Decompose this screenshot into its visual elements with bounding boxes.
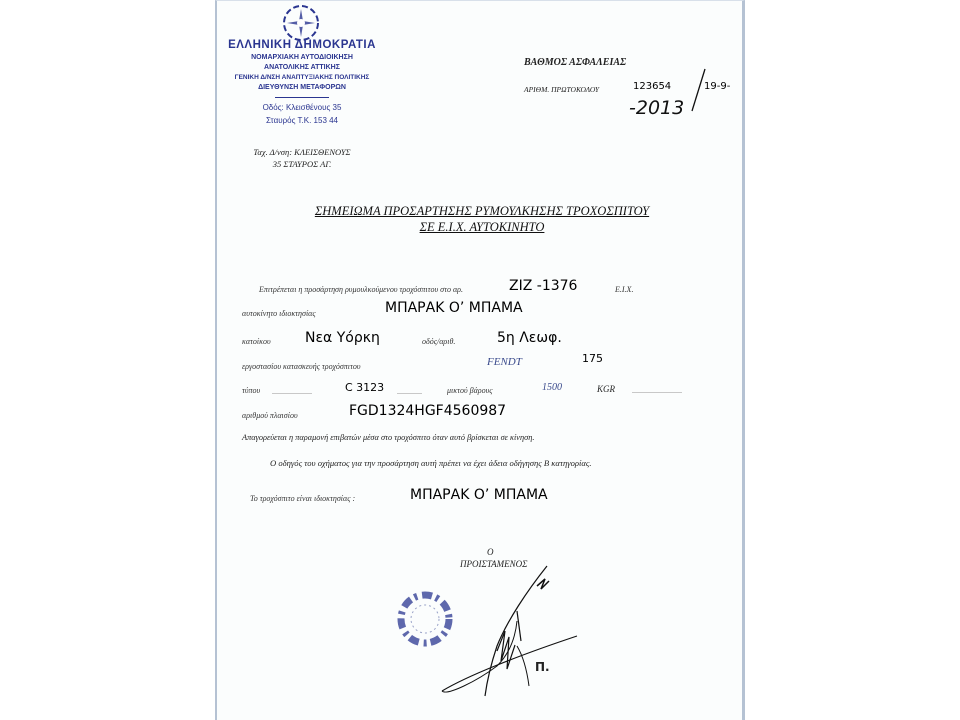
title-line-1: ΣΗΜΕΙΩΜΑ ΠΡΟΣΑΡΤΗΣΗΣ ΡΥΜΟΥΛΚΗΣΗΣ ΤΡΟΧΟΣΠ… [217,203,747,219]
postal-line-2: 35 ΣΤΑΥΡΟΣ ΑΓ. [217,158,387,170]
blank-line [632,392,682,393]
stamp-directorate: ΔΙΕΥΘΥΝΣΗ ΜΕΤΑΦΟΡΩΝ [217,84,387,91]
blank-line [272,393,312,394]
protocol-number: 123654 [633,81,671,92]
coat-of-arms-emblem [279,3,323,43]
document-page: ΕΛΛΗΝΙΚΗ ΔΗΜΟΚΡΑΤΙΑ ΝΟΜΑΡΧΙΑΚΗ ΑΥΤΟΔΙΟΙΚ… [215,0,745,720]
document-title: ΣΗΜΕΙΩΜΑ ΠΡΟΣΑΡΤΗΣΗΣ ΡΥΜΟΥΛΚΗΣΗΣ ΤΡΟΧΟΣΠ… [217,203,747,235]
permit-text: Επιτρέπεται η προσάρτηση ρυμουλκούμενου … [259,285,463,294]
chassis-label: αριθμού πλαισίου [242,411,298,420]
type-value: C 3123 [345,381,384,394]
ownership-label: Το τροχόσπιτο είναι ιδιοκτησίας : [250,494,355,503]
stamp-country: ΕΛΛΗΝΙΚΗ ΔΗΜΟΚΡΑΤΙΑ [217,39,387,51]
blank-line [397,393,422,394]
ownership-value: ΜΠΑΡΑΚ Ο’ ΜΠΑΜΑ [410,487,548,503]
protocol-date-day-month: 19-9- [704,81,730,92]
plate-number: ΖΙΖ -1376 [509,278,577,294]
stamp-address-postcode: Σταυρός Τ.Κ. 153 44 [217,116,387,125]
weight-unit: KGR [597,384,615,394]
plate-suffix: Ε.Ι.Χ. [615,285,633,294]
license-notice: Ο οδηγός του οχήματος για την προσάρτηση… [270,458,592,468]
title-line-2: ΣΕ Ε.Ι.Χ. ΑΥΤΟΚΙΝΗΤΟ [217,219,747,235]
svg-text:Π.: Π. [535,660,550,674]
passengers-notice: Απαγορεύεται η παραμονή επιβατών μέσα στ… [242,433,534,442]
stamp-directorate-general: ΓΕΝΙΚΗ Δ/ΝΣΗ ΑΝΑΠΤΥΞΙΑΚΗΣ ΠΟΛΙΤΙΚΗΣ [217,74,387,81]
handwritten-signature: Π. [437,561,587,701]
weight-value: 1500 [542,382,562,393]
security-level-label: ΒΑΘΜΟΣ ΑΣΦΑΛΕΙΑΣ [524,57,626,68]
postal-line-1: Ταχ. Δ/νση: ΚΛΕΙΣΘΕΝΟΥΣ [217,146,387,158]
stamp-region: ΑΝΑΤΟΛΙΚΗΣ ΑΤΤΙΚΗΣ [217,64,387,71]
residence-label: κατοίκου [242,337,271,346]
stamp-address-street: Οδός: Κλεισθένους 35 [217,103,387,112]
weight-label: μικτού βάρους [447,386,493,395]
residence-value: Νεα Υόρκη [305,330,380,346]
manufacturer-label: εργοστασίου κατασκευής τροχόσπιτου [242,362,361,371]
type-label: τύπου [242,386,260,395]
stamp-prefecture: ΝΟΜΑΡΧΙΑΚΗ ΑΥΤΟΔΙΟΙΚΗΣΗ [217,54,387,61]
authority-stamp: ΕΛΛΗΝΙΚΗ ΔΗΜΟΚΡΑΤΙΑ ΝΟΜΑΡΧΙΑΚΗ ΑΥΤΟΔΙΟΙΚ… [217,39,387,139]
street-label: οδός/αριθ. [422,337,455,346]
postal-address: Ταχ. Δ/νση: ΚΛΕΙΣΘΕΝΟΥΣ 35 ΣΤΑΥΡΟΣ ΑΓ. [217,146,387,170]
protocol-date-year: -2013 [629,97,684,119]
manufacturer-extra: 175 [582,352,603,365]
chassis-value: FGD1324HGF4560987 [349,403,506,419]
protocol-label: ΑΡΙΘΜ. ΠΡΩΤΟΚΟΛΟΥ [524,85,599,94]
manufacturer-value: FENDT [487,356,522,368]
owner-label: αυτοκίνητο ιδιοκτησίας [242,309,316,318]
stamp-divider [275,97,329,98]
street-value: 5η Λεωφ. [497,330,562,346]
signature-article: Ο [487,547,494,557]
owner-value: ΜΠΑΡΑΚ Ο’ ΜΠΑΜΑ [385,300,523,316]
